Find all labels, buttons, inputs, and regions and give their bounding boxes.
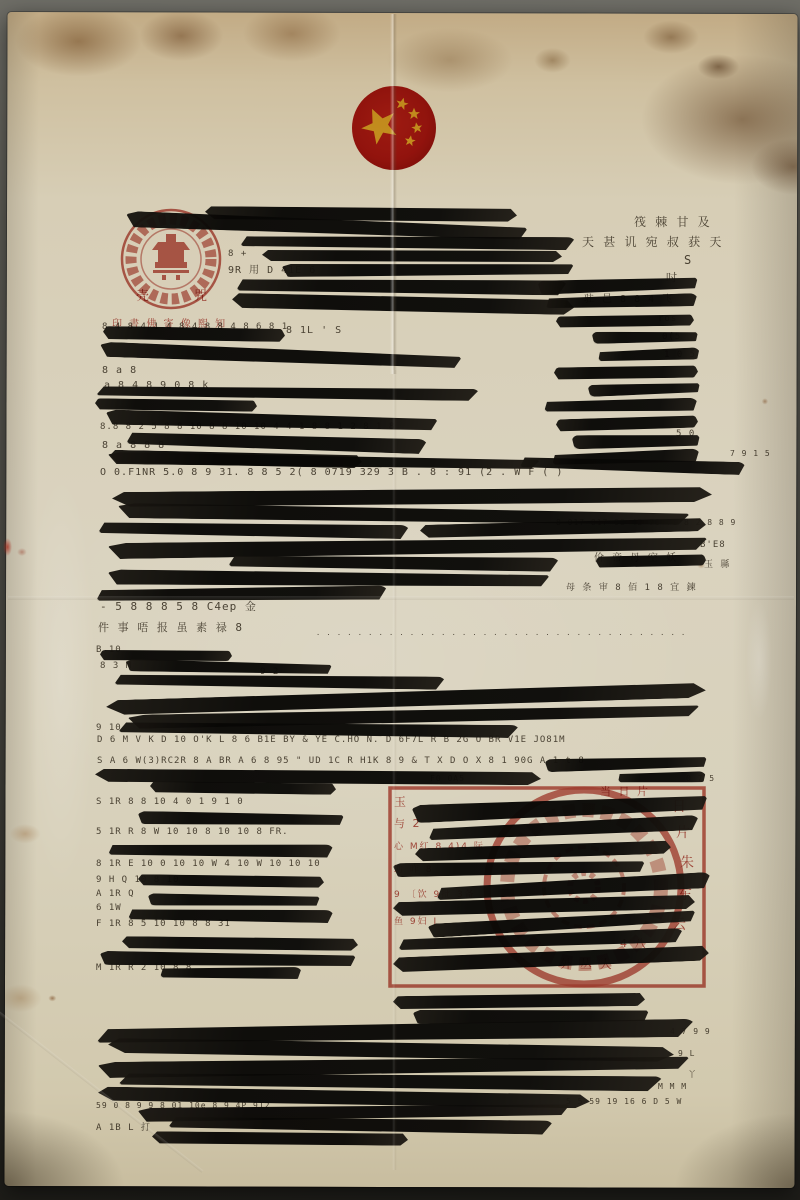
redaction-stroke: [262, 250, 562, 262]
photograph-scene: 筏 棘 甘 及天 甚 讥 宛 叔 获 天S吋驻 邑 8 8 4 飞8 +9R 用…: [0, 0, 800, 1200]
stamp-glyph-fragment: 玉: [394, 796, 408, 808]
typewritten-text-fragment: 丫: [688, 1071, 697, 1079]
redaction-stroke: [152, 1131, 408, 1145]
seal-building-glyph: [152, 234, 190, 280]
typewritten-text-fragment: M M M: [658, 1083, 687, 1091]
typewritten-text-fragment: 9 10: [96, 724, 122, 733]
typewritten-text-fragment: 母 条 审 8 佰 1 8 宜 鍊: [566, 584, 697, 593]
typewritten-text-fragment: S: [684, 254, 692, 266]
stamp-glyph-fragment: 咒: [194, 290, 209, 303]
typewritten-text-fragment: 8 1R E 10 0 10 10 W 4 10 W 10 10 10: [96, 860, 321, 869]
stamp-glyph-fragment: 当 日 片: [600, 786, 650, 797]
stamp-glyph-fragment: 朱: [680, 856, 696, 870]
typewritten-text-fragment: 7 9 1 5: [730, 450, 771, 458]
typewritten-text-fragment: S 1R 8 8 10 4 0 1 9 1 0: [96, 798, 244, 807]
typewritten-text-fragment: 6 1W: [96, 904, 122, 913]
typewritten-text-fragment: A 1R Q: [96, 890, 135, 899]
typewritten-text-fragment: S A 6 W(3)RC2R 8 A BR A 6 8 95 " UD 1C R…: [97, 757, 585, 766]
typewritten-text-fragment: 件 事 唔 报 虽 素 禄 8: [98, 622, 243, 633]
typewritten-text-fragment: 8 +: [228, 250, 247, 259]
typewritten-text-fragment: B'E8: [700, 541, 726, 550]
typewritten-text-fragment: 5 1R R 8 W 10 10 8 10 10 8 FR.: [96, 828, 289, 837]
typewritten-text-fragment: - 5 8 8 8 5 8 C4ep 金: [100, 601, 257, 612]
typewritten-text-fragment: 筏 棘 甘 及: [634, 216, 711, 228]
typewritten-text-fragment: A 1B L 打: [96, 1124, 151, 1133]
typewritten-text-fragment: F 1R 8 5 10 10 8 8 31: [96, 920, 231, 929]
typewritten-text-fragment: 天 甚 讥 宛 叔 获 天: [582, 236, 722, 248]
typewritten-text-fragment: . . . . . . . . . . . . . . . . . . . . …: [316, 630, 686, 637]
red-circle-stars-emblem: [350, 84, 438, 172]
typewritten-text-fragment: 8 a 8: [102, 366, 137, 376]
stamp-glyph-fragment: 壳: [136, 290, 151, 303]
redaction-stroke: [160, 967, 302, 979]
typewritten-text-fragment: 8 1L ' S: [286, 326, 342, 336]
typewritten-text-fragment: 玉 縣: [704, 561, 730, 570]
redaction-stroke: [100, 650, 232, 661]
typewritten-text-fragment: O 0.F1NR 5.0 8 9 31. 8 8 5 2( 8 0719 329…: [100, 468, 563, 478]
